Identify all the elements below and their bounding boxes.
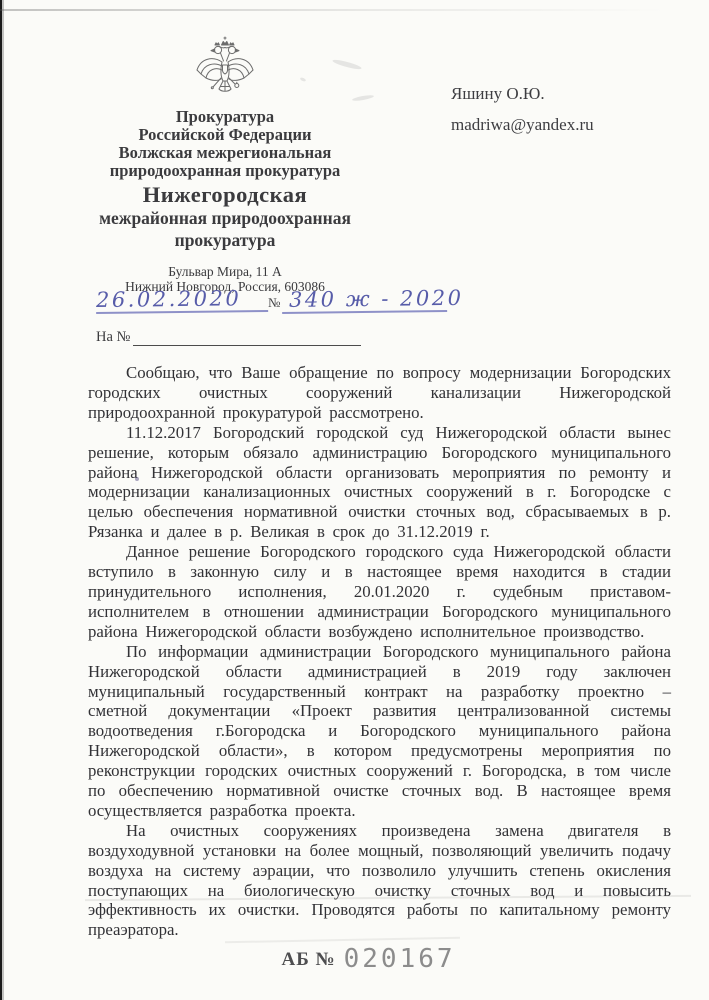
handwritten-outgoing-number: 340 ж - 2020 [282, 286, 447, 314]
org-line: Российской Федерации [65, 126, 385, 144]
letter-paragraph: По информации администрации Богородского… [88, 642, 671, 821]
letter-paragraph: Данное решение Богородского городского с… [88, 542, 671, 642]
outgoing-reference-row: 26.02.2020№340 ж - 2020 [96, 287, 447, 313]
handwritten-date: 26.02.2020 [96, 286, 268, 314]
addressee-name: Яшину О.Ю. [451, 84, 594, 104]
addressee-email: madriwa@yandex.ru [451, 115, 594, 135]
reply-reference-row: На № [96, 329, 361, 346]
scan-line-artifact [0, 9, 665, 11]
form-series: АБ № [281, 949, 335, 970]
org-address-line: Бульвар Мира, 11 А [65, 264, 385, 279]
addressee-block: Яшину О.Ю. madriwa@yandex.ru [451, 84, 594, 135]
reply-number-blank-line [133, 331, 361, 346]
form-number: 020167 [344, 944, 456, 974]
scan-edge-artifact [2, 0, 4, 1000]
scanned-letter-page: Прокуратура Российской Федерации Волжска… [0, 0, 709, 1000]
form-number-block: АБ №020167 [14, 944, 709, 974]
letter-paragraph: 11.12.2017 Богородский городской суд Ниж… [88, 423, 671, 542]
letterhead: Прокуратура Российской Федерации Волжска… [65, 36, 385, 294]
org-line: прокуратура [65, 229, 385, 251]
letter-paragraph: Сообщаю, что Ваше обращение по вопросу м… [88, 363, 671, 423]
org-line: природоохранная прокуратура [65, 162, 385, 180]
letter-body: Сообщаю, что Ваше обращение по вопросу м… [88, 363, 671, 940]
org-line: межрайонная природоохранная [65, 207, 385, 229]
letter-paragraph: На очистных сооружениях произведена заме… [88, 821, 671, 940]
org-line: Волжская межрегиональная [65, 144, 385, 162]
number-sign: № [268, 295, 280, 310]
org-name-large: Нижегородская [65, 183, 385, 207]
scan-smudge-artifact [135, 477, 139, 481]
coat-of-arms-icon [193, 36, 257, 96]
org-line: Прокуратура [65, 108, 385, 126]
reply-number-label: На № [96, 329, 130, 345]
